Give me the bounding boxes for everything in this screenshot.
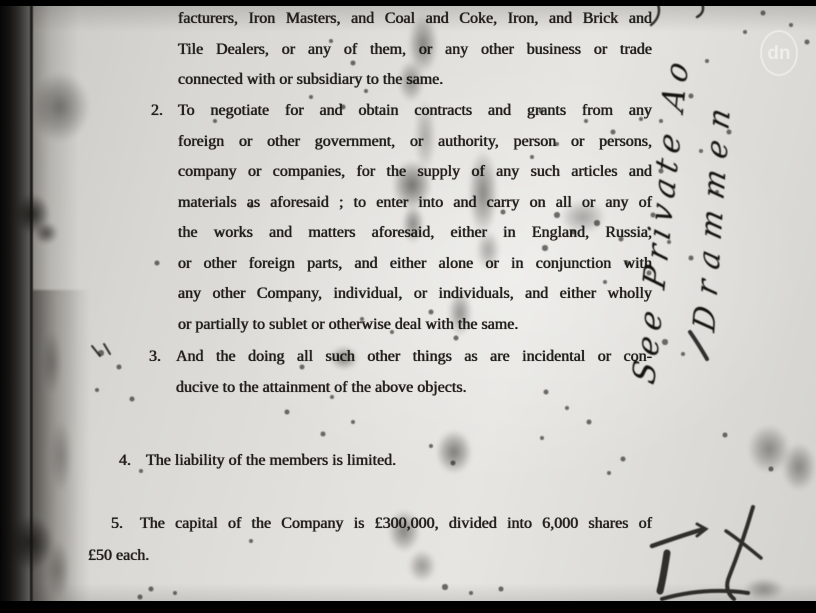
ink-blot — [476, 230, 500, 270]
print-line: ducive to the attainment of the above ob… — [176, 373, 652, 404]
doc-item: 4.The liability of the members is limite… — [146, 446, 652, 477]
print-line: The liability of the members is limited. — [146, 446, 652, 477]
print-line: And the doing all such other things as a… — [176, 342, 652, 373]
letterbox-top — [0, 0, 816, 6]
ink-blot — [782, 443, 816, 491]
item-number: 3. — [149, 342, 161, 373]
ink-blot — [408, 550, 436, 582]
ink-blot — [436, 430, 472, 474]
ink-blot — [50, 420, 72, 492]
ink-blot — [388, 510, 420, 552]
letterbox-bottom — [0, 601, 816, 613]
ink-blot — [42, 330, 62, 394]
ink-blot — [392, 160, 432, 210]
dn-watermark: dn — [760, 30, 798, 76]
ink-blot — [30, 72, 90, 142]
ink-blot — [468, 150, 498, 235]
item-number: 2. — [151, 96, 163, 127]
video-frame: facturers, Iron Masters, and Coal and Co… — [0, 0, 816, 613]
ink-blot — [46, 540, 70, 600]
ink-blot — [330, 346, 358, 370]
print-line: any other Company, individual, or indivi… — [178, 279, 652, 310]
item-number: 5. — [111, 508, 123, 540]
item-number: 4. — [119, 446, 131, 477]
print-line: or other foreign parts, and either alone… — [178, 249, 652, 280]
ink-blot — [398, 60, 424, 102]
print-line: or partially to sublet or otherwise deal… — [178, 310, 652, 341]
ink-blot — [34, 222, 58, 244]
ink-blot — [402, 205, 424, 243]
print-line: £50 each. — [88, 540, 652, 572]
ink-blot — [560, 200, 606, 234]
dn-watermark-label: dn — [767, 44, 790, 63]
doc-item: 3.And the doing all such other things as… — [176, 342, 652, 403]
ink-blot — [744, 578, 784, 600]
ink-blot — [448, 290, 472, 336]
